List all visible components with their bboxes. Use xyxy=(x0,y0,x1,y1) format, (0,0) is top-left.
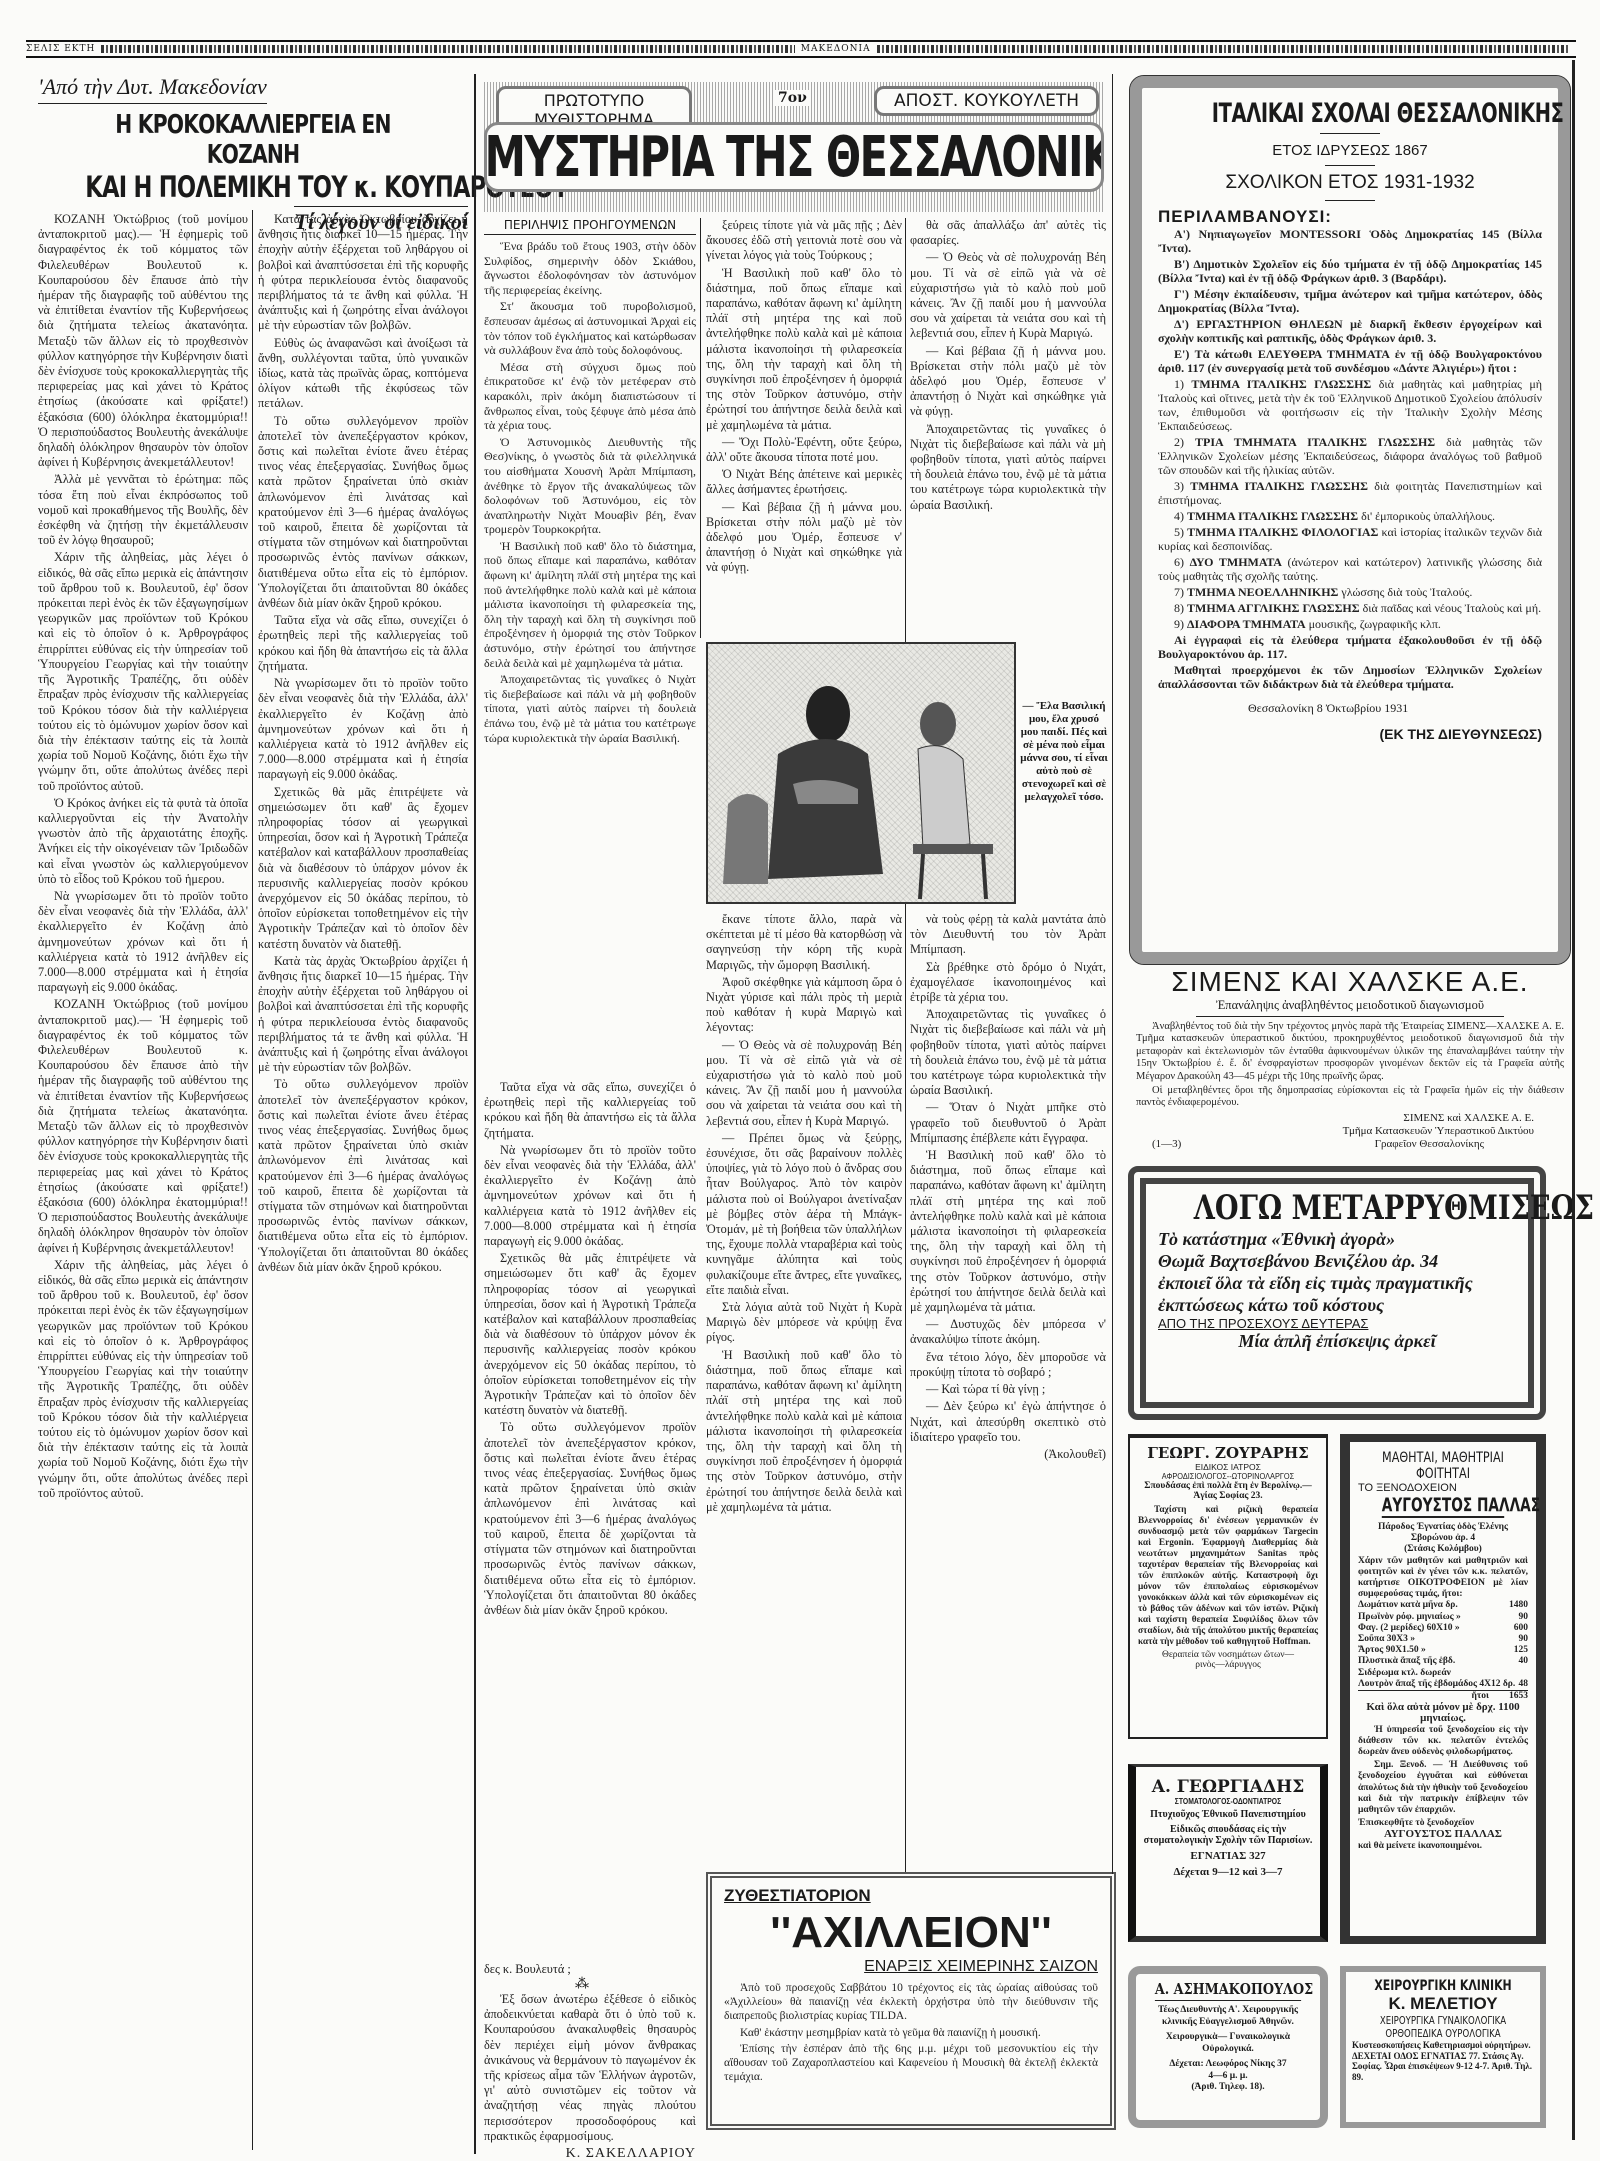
ad-line: Χειρουργικὰ— Γυναικολογικὰ Οὐρολογικά. xyxy=(1142,2032,1314,2055)
novel-paragraph: — Ὁ Θεὸς νὰ σὲ πολυχρονάῃ Βέη μου. Τί νὰ… xyxy=(910,250,1106,341)
hotel-offer: Καὶ ὅλα αὐτὰ μόνον μὲ δρχ. 1100 μηνιαίως… xyxy=(1358,1702,1528,1724)
novel-paragraph: Ὁ Νιχὰτ Βέης ἀπέτεινε καὶ μερικὲς ἄλλες … xyxy=(706,467,902,497)
article-paragraph: Χάριν τῆς ἀληθείας, μὰς λέγει ὁ εἰδικός,… xyxy=(38,550,248,793)
ad-head: ΜΑΘΗΤΑΙ, ΜΑΘΗΤΡΙΑΙ xyxy=(1375,1450,1511,1466)
price-amount: 1480 xyxy=(1509,1600,1528,1611)
ethniki-agora-ad: ΛΟΓΩ ΜΕΤΑΡΡΥΘΜΙΣΕΩΣ Τὸ κατάστημα «Ἐθνικὴ… xyxy=(1128,1166,1546,1420)
course-title: ΤΡΙΑ ΤΜΗΜΑΤΑ ΙΤΑΛΙΚΗΣ ΓΛΩΣΣΗΣ xyxy=(1195,435,1435,449)
price-row: Ἄρτος 90Χ1.50 »125 xyxy=(1358,1645,1528,1656)
hotel-address: Πάροδος Ἐγνατίας ὁδὸς Ἑλένης Σβορώνου ἀρ… xyxy=(1358,1522,1528,1544)
ad-restaurant-name: ''ΑΧΙΛΛΕΙΟΝ'' xyxy=(724,1908,1098,1958)
left-article-col1: ΚΟΖΑΝΗ Ὀκτώβριος (τοῦ μονίμου ἀνταποκριτ… xyxy=(38,212,248,2152)
clinic-spec: ΧΕΙΡΟΥΡΓΙΚΑ ΓΥΝΑΙΚΟΛΟΓΙΚΑ xyxy=(1372,2014,1514,2027)
price-amount: 48 xyxy=(1519,1679,1529,1690)
novel-col2: ξεύρεις τίποτε γιὰ νὰ μᾶς πῇς ; Δὲν ἄκου… xyxy=(706,218,902,638)
novel-paragraph: — Δυστυχῶς δὲν μπόρεσα ν' ἀνακαλύψω τίπο… xyxy=(910,1317,1106,1347)
course-number: 1) xyxy=(1174,377,1184,391)
price-row: Πλυστικὰ ἅπαξ τῆς ἑβδ.40 xyxy=(1358,1656,1528,1667)
to-be-continued: (Ἀκολουθεῖ) xyxy=(910,1447,1106,1462)
novel-paragraph: — Ὄχι Πολὺ-Ἐφέντη, οὔτε ξεύρω, ἀλλ' οὔτε… xyxy=(706,435,902,465)
price-row: Σιδέρωμα κτλ. δωρεάν xyxy=(1358,1668,1528,1679)
article-paragraph: ΚΟΖΑΝΗ Ὀκτώβριος (τοῦ μονίμου ἀνταποκριτ… xyxy=(38,997,248,1255)
hotel-note: Σημ. Ξενοδ. — Ἡ Διεύθυνσις τοῦ ξενοδοχεί… xyxy=(1358,1760,1528,1816)
course-number: 3) xyxy=(1174,479,1184,493)
ad-line: ἐκποιεῖ ὅλα τὰ εἴδη εἰς τιμὰς πραγματικῆ… xyxy=(1158,1272,1516,1316)
article-paragraph: Ὁ Κρόκος ἀνήκει εἰς τὰ φυτὰ τὰ ὁποῖα καλ… xyxy=(38,796,248,887)
ad-hours: Δέχεται 9—12 καὶ 3—7 xyxy=(1142,1866,1314,1878)
course-number: 5) xyxy=(1174,525,1184,539)
ad-head: ΤΟ ΞΕΝΟΔΟΧΕΙΟΝ xyxy=(1358,1482,1528,1494)
article-continuation: Ταῦτα εἴχα νὰ σᾶς εἴπω, συνεχίζει ὁ ἐρωτ… xyxy=(484,1080,696,1960)
doctor-role: ΕΙΔΙΚΟΣ ΙΑΤΡΟΣ xyxy=(1138,1462,1318,1472)
doctor-name: Α. ΓΕΩΡΓΙΑΔΗΣ xyxy=(1142,1777,1314,1797)
summary-heading: ΠΕΡΙΛΗΨΙΣ ΠΡΟΗΓΟΥΜΕΝΩΝ xyxy=(484,218,696,235)
hotel-stop: (Στάσις Κολόμβου) xyxy=(1358,1544,1528,1555)
hotel-visit-name: ΑΥΓΟΥΣΤΟΣ ΠΑΛΛΑΣ xyxy=(1358,1829,1528,1840)
novel-paragraph: Στὰ λόγια αὐτὰ τοῦ Νιχὰτ ἡ Κυρὰ Μαριγὼ δ… xyxy=(706,1300,902,1346)
course-item: 8) ΤΜΗΜΑ ΑΓΓΛΙΚΗΣ ΓΛΩΣΣΗΣ διὰ παῖδας καὶ… xyxy=(1158,601,1542,615)
price-row: Δωμάτιον κατὰ μῆνα δρ.1480 xyxy=(1358,1600,1528,1611)
novel-paragraph: ἕνα τέτοιο λόγο, δὲν μποροῦσε νὰ προκύψῃ… xyxy=(910,1350,1106,1380)
siemens-ad: ΣΙΜΕΝΣ ΚΑΙ ΧΑΛΣΚΕ Α.Ε. Ἐπανάληψις ἀναβλη… xyxy=(1130,966,1570,1116)
novel-paragraph: Ἀποχαιρετῶντας τὶς γυναῖκες ὁ Νιχὰτ τὶς … xyxy=(910,422,1106,513)
summary-paragraph: Στ' ἄκουσμα τοῦ πυροβολισμοῦ, ἔσπευσαν ἀ… xyxy=(484,299,696,357)
article-headline-line2: ΚΑΙ Η ΠΟΛΕΜΙΚΗ ΤΟΥ κ. ΚΟΥΠΑΡΟΥΣΟΥ xyxy=(85,170,420,204)
article-conclusion: Ἐξ ὅσων ἀνωτέρω ἐξέθεσε ὁ εἰδικὸς ἀποδει… xyxy=(484,1992,696,2161)
course-number: 7) xyxy=(1174,585,1184,599)
ad-line: ΑΠΟ ΤΗΣ ΠΡΟΣΕΧΟΥΣ ΔΕΥΤΕΡΑΣ xyxy=(1158,1316,1516,1331)
novel-paragraph: νὰ τοὺς φέρῃ τὰ καλὰ μαντάτα ἀπὸ τὸν Διε… xyxy=(910,912,1106,958)
novel-author: ΑΠΟΣΤ. ΚΟΥΚΟΥΛΕΤΗ xyxy=(874,86,1099,116)
course-item: 3) ΤΜΗΜΑ ΙΤΑΛΙΚΗΣ ΓΛΩΣΣΗΣ διὰ φοιτητὰς Π… xyxy=(1158,479,1542,507)
doctor-studied: Σπουδάσας ἐπὶ πολλὰ ἔτη ἐν Βερολίνῳ.—Ἁγί… xyxy=(1138,1481,1318,1501)
school-item: Ε') Τὰ κάτωθι ΕΛΕΥΘΕΡΑ ΤΜΗΜΑΤΑ ἐν τῇ ὁδῷ… xyxy=(1158,347,1542,375)
novel-col-lower-right: νὰ τοὺς φέρῃ τὰ καλὰ μαντάτα ἀπὸ τὸν Διε… xyxy=(910,912,1106,1872)
ad-sign: ΣΙΜΕΝΣ καὶ ΧΑΛΣΚΕ Α. Ε. xyxy=(1136,1112,1534,1125)
summary-paragraph: Ἕνα βράδυ τοῦ ἔτους 1903, στὴν ὁδὸν Συλφ… xyxy=(484,239,696,297)
ad-run: (1—3) xyxy=(1152,1138,1181,1150)
article-paragraph: Ταῦτα εἴχα νὰ σᾶς εἴπω, συνεχίζει ὁ ἐρωτ… xyxy=(258,613,468,674)
hotel-service: Ἡ ὑπηρεσία τοῦ ξενοδοχείου εἰς τὴν διάθε… xyxy=(1358,1725,1528,1759)
ad-body: Ἀπὸ τοῦ προσεχοῦς Σαββάτου 10 τρέχοντος … xyxy=(724,1982,1098,2023)
ad-signed: (ΕΚ ΤΗΣ ΔΙΕΥΘΥΝΣΕΩΣ) xyxy=(1158,726,1542,742)
novel-paragraph: Ἀποχαιρετῶντας τὶς γυναῖκες ὁ Νιχὰτ τὶς … xyxy=(910,1007,1106,1098)
left-article-col2: Κατὰ τὰς ἀρχὰς Ὀκτωβρίου ἀρχίζει ἡ ἄνθησ… xyxy=(258,212,468,1952)
ad-title: ΙΤΑΛΙΚΑΙ ΣΧΟΛΑΙ ΘΕΣΣΑΛΟΝΙΚΗΣ xyxy=(1212,98,1488,129)
price-item: Φαγ. (2 μερίδες) 60Χ10 » xyxy=(1358,1623,1460,1634)
ad-season: ΕΝΑΡΞΙΣ ΧΕΙΜΕΡΙΝΗΣ ΣΑΙΖΟΝ xyxy=(724,1958,1098,1976)
article-headline-line1: Η ΚΡΟΚΟΚΑΛΛΙΕΡΓΕΙΑ ΕΝ ΚΟΖΑΝΗ xyxy=(85,110,420,170)
novel-col1: ΠΕΡΙΛΗΨΙΣ ΠΡΟΗΓΟΥΜΕΝΩΝ Ἕνα βράδυ τοῦ ἔτο… xyxy=(484,218,696,747)
hotel-intro: Χάριν τῶν μαθητῶν καὶ μαθητριῶν καὶ φοιτ… xyxy=(1358,1556,1528,1601)
price-amount: 90 xyxy=(1519,1634,1529,1645)
ad-line: (Ἀριθ. Τηλεφ. 18). xyxy=(1142,2082,1314,2094)
novel-paragraph: — Καὶ βέβαια ζῇ ἡ μάννα μου. Βρίσκεται σ… xyxy=(706,500,902,576)
article-paragraph: Ἀλλὰ μὲ γεννᾶται τὸ ἐρώτημα: πῶς τόσα ἔτ… xyxy=(38,472,248,548)
hotel-pallas-ad: ΜΑΘΗΤΑΙ, ΜΑΘΗΤΡΙΑΙ ΦΟΙΤΗΤΑΙ ΤΟ ΞΕΝΟΔΟΧΕΙ… xyxy=(1340,1434,1546,1944)
price-item: Λουτρὸν ἅπαξ τῆς ἑβδομάδος 4Χ12 δρ. xyxy=(1358,1679,1515,1690)
ad-head: ΦΟΙΤΗΤΑΙ xyxy=(1375,1466,1511,1482)
school-item: Β') Δημοτικὸν Σχολεῖον εἰς δύο τμήματα ἐ… xyxy=(1158,257,1542,285)
course-item: 4) ΤΜΗΜΑ ΙΤΑΛΙΚΗΣ ΓΛΩΣΣΗΣ δι' ἐμπορικοὺς… xyxy=(1158,509,1542,523)
achilleion-ad: ΖΥΘΕΣΤΙΑΤΟΡΙΟΝ ''ΑΧΙΛΛΕΙΟΝ'' ΕΝΑΡΞΙΣ ΧΕΙ… xyxy=(706,1872,1116,2130)
course-item: 6) ΔΥΟ ΤΜΗΜΑΤΑ (ἀνώτερον καὶ κατώτερον) … xyxy=(1158,555,1542,583)
asimakopoulos-ad: Α. ΑΣΗΜΑΚΟΠΟΥΛΟΣ Τέως Διευθυντὴς Α'. Χει… xyxy=(1128,1966,1328,2128)
novel-paragraph: Ἡ Βασιλικὴ ποῦ καθ' ὅλο τὸ διάστημα, ποῦ… xyxy=(706,266,902,433)
column-rule xyxy=(1112,74,1113,1874)
article-paragraph: Τὸ οὕτω συλλεγόμενον προϊὸν ἀποτελεῖ τὸν… xyxy=(484,1420,696,1618)
price-amount: 600 xyxy=(1514,1623,1528,1634)
school-item: Γ') Μέσην ἐκπαίδευσιν, τμῆμα ἀνώτερον κα… xyxy=(1158,287,1542,315)
doctor-specialty: ΑΦΡΟΔΙΣΙΟΛΟΓΟΣ--ΩΤΟΡΙΝΟΛΑΡΓΟΣ xyxy=(1145,1472,1311,1481)
price-amount: 125 xyxy=(1514,1645,1528,1656)
article-signature: Κ. ΣΑΚΕΛΛΑΡΙΟΥ xyxy=(484,2146,696,2161)
fee-note: Μαθηταὶ προερχόμενοι ἐκ τῶν Δημοσίων Ἑλλ… xyxy=(1158,663,1542,691)
ad-line: Θωμᾶ Βαχτσεβάνου Βενιζέλου ἀρ. 34 xyxy=(1158,1250,1516,1272)
article-paragraph: Νὰ γνωρίσωμεν ὅτι τὸ προϊὸν τοῦτο δὲν εἶ… xyxy=(484,1143,696,1249)
school-item: Α') Νηπιαγωγεῖον MONTESSORI Ὁδὸς Δημοκρα… xyxy=(1158,227,1542,255)
ad-line: Τὸ κατάστημα «Ἐθνικὴ ἀγορὰ» xyxy=(1158,1228,1516,1250)
novel-paragraph: — Καὶ βέβαια ζῇ ἡ μάννα μου. Βρίσκεται σ… xyxy=(910,344,1106,420)
course-item: 9) ΔΙΑΦΟΡΑ ΤΜΗΜΑΤΑ μουσικῆς, ζωγραφικῆς … xyxy=(1158,617,1542,631)
ad-address: ΕΓΝΑΤΙΑΣ 327 xyxy=(1142,1850,1314,1862)
ad-body: Ἐπίσης τὴν ἑσπέραν ἀπὸ τῆς 6ης μ.μ. μέχρ… xyxy=(724,2043,1098,2084)
novel-header: ΠΡΩΤΟΤΥΠΟ ΜΥΘΙΣΤΟΡΗΜΑ 7ον ΑΠΟΣΤ. ΚΟΥΚΟΥΛ… xyxy=(484,82,1104,212)
ad-line: Πτυχιοῦχος Ἐθνικοῦ Πανεπιστημίου xyxy=(1142,1809,1314,1820)
ad-title: ΛΟΓΩ ΜΕΤΑΡΡΥΘΜΙΣΕΩΣ xyxy=(1194,1188,1480,1228)
enrollment-note: Αἱ ἐγγραφαὶ εἰς τὰ ἐλεύθερα τμήματα ἐξακ… xyxy=(1158,633,1542,661)
ad-sign: Τμῆμα Κατασκευῶν Ὑπεραστικοῦ Δικτύου xyxy=(1136,1125,1534,1138)
novel-paragraph: ξεύρεις τίποτε γιὰ νὰ μᾶς πῇς ; Δὲν ἄκου… xyxy=(706,218,902,264)
novel-paragraph: — Δὲν ξεύρω κι' ἐγὼ ἀπήντησε ὁ Νιχάτ, κα… xyxy=(910,1399,1106,1445)
novel-paragraph: — Ὁ Θεὸς νὰ σὲ πολυχρονάῃ Βέη μου. Τί νὰ… xyxy=(706,1038,902,1129)
article-paragraph: Νὰ γνωρίσωμεν ὅτι τὸ προϊὸν τοῦτο δὲν εἶ… xyxy=(38,889,248,995)
ad-sign: Γραφεῖον Θεσσαλονίκης xyxy=(1375,1138,1484,1150)
paper-name: ΜΑΚΕΔΟΝΙΑ xyxy=(801,44,871,54)
decorative-border xyxy=(101,45,794,53)
ad-footer: Θεραπεία τῶν νοσημάτων ὤτων—ρινὸς—λάρυγγ… xyxy=(1158,1650,1298,1670)
course-detail: μουσικῆς, ζωγραφικῆς κλπ. xyxy=(1309,617,1441,631)
column-rule xyxy=(700,218,701,638)
course-item: 5) ΤΜΗΜΑ ΙΤΑΛΙΚΗΣ ΦΙΛΟΛΟΓΙΑΣ καὶ ἱστορία… xyxy=(1158,525,1542,553)
course-number: 6) xyxy=(1174,555,1184,569)
novel-paragraph: — Καὶ τώρα τί θὰ γίνῃ ; xyxy=(910,1382,1106,1397)
novel-paragraph: Ἀποχαιρετῶντας τὶς γυναῖκες ὁ Νιχὰτ τὶς … xyxy=(484,672,696,745)
course-title: ΤΜΗΜΑ ΙΤΑΛΙΚΗΣ ΓΛΩΣΣΗΣ xyxy=(1190,479,1368,493)
course-detail: γλώσσης διὰ τοὺς Ἰταλούς. xyxy=(1341,585,1472,599)
novel-paragraph: ἔκανε τίποτε ἄλλο, παρὰ νὰ σκέπτεται μὲ … xyxy=(706,912,902,973)
ad-body: Ἀναβληθέντος τοῦ διὰ τὴν 5ην τρέχοντος μ… xyxy=(1136,1021,1564,1083)
section-break: ⁂ xyxy=(575,1976,589,1992)
ad-subtitle: Ἐπανάληψις ἀναβληθέντος μειοδοτικοῦ διαγ… xyxy=(1196,998,1504,1017)
price-amount: 40 xyxy=(1519,1656,1529,1667)
doctor-name: Κ. ΜΕΛΕΤΙΟΥ xyxy=(1352,1994,1534,2014)
article-paragraph: Νὰ γνωρίσωμεν ὅτι τὸ προϊὸν τοῦτο δὲν εἶ… xyxy=(258,676,468,782)
course-title: ΤΜΗΜΑ ΝΕΟΕΛΛΗΝΙΚΗΣ xyxy=(1187,585,1338,599)
summary-paragraph: Μέσα στὴ σύγχυσι ὅμως ποὺ ἐπικρατοῦσε κι… xyxy=(484,360,696,433)
hotel-name: ΑΥΓΟΥΣΤΟΣ ΠΑΛΛΑΣ xyxy=(1382,1494,1504,1518)
course-number: 4) xyxy=(1174,509,1184,523)
price-item: Δωμάτιον κατὰ μῆνα δρ. xyxy=(1358,1600,1458,1611)
course-detail: διὰ παῖδας καὶ νέους Ἰταλοὺς καὶ μή. xyxy=(1363,601,1541,615)
article-paragraph: Τὸ οὕτω συλλεγόμενον προϊὸν ἀποτελεῖ τὸν… xyxy=(258,414,468,612)
ad-body: Οἱ μεταβληθέντες ὅροι τῆς δημοπρασίας εὑ… xyxy=(1136,1085,1564,1110)
price-item: Πρωϊνὸν ρόφ. μηνιαίως » xyxy=(1358,1612,1461,1623)
novel-paragraph: Ἡ Βασιλικὴ ποῦ καθ' ὅλο τὸ διάστημα, ποῦ… xyxy=(706,1348,902,1515)
article-paragraph: Τὸ οὕτω συλλεγόμενον προϊὸν ἀποτελεῖ τὸν… xyxy=(258,1077,468,1275)
article-paragraph: Ταῦτα εἴχα νὰ σᾶς εἴπω, συνεχίζει ὁ ἐρωτ… xyxy=(484,1080,696,1141)
column-rule xyxy=(905,218,906,1878)
article-paragraph: Κατὰ τὰς ἀρχὰς Ὀκτωβρίου ἀρχίζει ἡ ἄνθησ… xyxy=(258,954,468,1076)
illustration-caption: — Ἔλα Βασιλική μου, ἔλα χρυσό μου παιδί.… xyxy=(1020,700,1108,804)
ad-line: ΔΕΧΕΤΑΙ ΟΔΟΣ ΕΓΝΑΤΙΑΣ 77. Στάσις Ἁγ. Σοφ… xyxy=(1352,2051,1534,2083)
page-label: ΣΕΛΙΣ ΕΚΤΗ xyxy=(26,44,95,54)
zouraris-ad: ΓΕΩΡΓ. ΖΟΥΡΑΡΗΣ ΕΙΔΙΚΟΣ ΙΑΤΡΟΣ ΑΦΡΟΔΙΣΙΟ… xyxy=(1128,1434,1328,1739)
article-paragraph: Σχετικῶς θὰ μᾶς ἐπιτρέψετε νὰ σημειώσωμε… xyxy=(484,1251,696,1418)
price-amount: 90 xyxy=(1519,1612,1529,1623)
ad-date: Θεσσαλονίκη 8 Ὀκτωβρίου 1931 xyxy=(1248,701,1542,716)
article-paragraph: Ἐξ ὅσων ἀνωτέρω ἐξέθεσε ὁ εἰδικὸς ἀποδει… xyxy=(484,1992,696,2144)
course-title: ΤΜΗΜΑ ΙΤΑΛΙΚΗΣ ΓΛΩΣΣΗΣ xyxy=(1191,377,1371,391)
georgiadis-ad: Α. ΓΕΩΡΓΙΑΔΗΣ ΣΤΟΜΑΤΟΛΟΓΟΣ-ΟΔΟΝΤΙΑΤΡΟΣ Π… xyxy=(1128,1764,1328,1942)
column-rule xyxy=(474,74,476,2154)
ad-body: Ταχίστη καὶ ριζικὴ θεραπεία Βλεννορροίας… xyxy=(1138,1505,1318,1648)
italian-schools-ad: ΙΤΑΛΙΚΑΙ ΣΧΟΛΑΙ ΘΕΣΣΑΛΟΝΙΚΗΣ ΕΤΟΣ ΙΔΡΥΣΕ… xyxy=(1130,76,1570,964)
ad-line: Δέχεται: Λεωφόρος Νίκης 37 xyxy=(1142,2059,1314,2071)
hotel-visit-end: καὶ θὰ μείνετε ἱκανοποιημένοι. xyxy=(1358,1841,1528,1852)
course-item: 1) ΤΜΗΜΑ ΙΤΑΛΙΚΗΣ ΓΛΩΣΣΗΣ διὰ μαθητὰς κα… xyxy=(1158,377,1542,433)
doctor-role: ΣΤΟΜΑΤΟΛΟΓΟΣ-ΟΔΟΝΤΙΑΤΡΟΣ xyxy=(1155,1797,1301,1806)
price-item: Πλυστικὰ ἅπαξ τῆς ἑβδ. xyxy=(1358,1656,1455,1667)
clinic-head: ΧΕΙΡΟΥΡΓΙΚΗ ΚΛΙΝΙΚΗ xyxy=(1372,1978,1514,1994)
price-item: Σιδέρωμα κτλ. δωρεάν xyxy=(1358,1668,1451,1679)
episode-number: 7ον xyxy=(774,90,811,106)
novel-paragraph: θὰ σᾶς ἀπαλλάξω ἀπ' αὐτὲς τὶς φασαρίες. xyxy=(910,218,1106,248)
course-title: ΤΜΗΜΑ ΑΓΓΛΙΚΗΣ ΓΛΩΣΣΗΣ xyxy=(1187,601,1360,615)
price-item: Σοῦπα 30Χ3 » xyxy=(1358,1634,1415,1645)
course-item: 7) ΤΜΗΜΑ ΝΕΟΕΛΛΗΝΙΚΗΣ γλώσσης διὰ τοὺς Ἰ… xyxy=(1158,585,1542,599)
course-number: 2) xyxy=(1174,435,1184,449)
meletiou-ad: ΧΕΙΡΟΥΡΓΙΚΗ ΚΛΙΝΙΚΗ Κ. ΜΕΛΕΤΙΟΥ ΧΕΙΡΟΥΡΓ… xyxy=(1340,1966,1546,2128)
novel-col-lower-left: ἔκανε τίποτε ἄλλο, παρὰ νὰ σκέπτεται μὲ … xyxy=(706,912,902,1862)
price-row: Φαγ. (2 μερίδες) 60Χ10 »600 xyxy=(1358,1623,1528,1634)
novel-col3: θὰ σᾶς ἀπαλλάξω ἀπ' αὐτὲς τὶς φασαρίες. … xyxy=(910,218,1106,638)
article-paragraph: Εὐθὺς ὡς ἀναφανῶσι καὶ ἀνοίξωσι τὰ ἄνθη,… xyxy=(258,336,468,412)
ad-title: ΣΙΜΕΝΣ ΚΑΙ ΧΑΛΣΚΕ Α.Ε. xyxy=(1136,966,1564,998)
novel-paragraph: Ἀφοῦ σκέφθηκε γιὰ κάμποση ὥρα ὁ Νιχὰτ γύ… xyxy=(706,975,902,1036)
course-number: 8) xyxy=(1174,601,1184,615)
includes-heading: ΠΕΡΙΛΑΜΒΑΝΟΥΣΙ: xyxy=(1158,207,1542,227)
course-title: ΔΙΑΦΟΡΑ ΤΜΗΜΑΤΑ xyxy=(1187,617,1306,631)
course-title: ΤΜΗΜΑ ΙΤΑΛΙΚΗΣ ΓΛΩΣΣΗΣ xyxy=(1187,509,1358,523)
ad-line: Εἰδικῶς σπουδάσας εἰς τὴν στοματολογικὴν… xyxy=(1142,1824,1314,1846)
ad-line: Μία ἁπλῆ ἐπίσκεψις ἀρκεῖ xyxy=(1158,1331,1516,1352)
novel-paragraph: Ἡ Βασιλικὴ ποῦ καθ' ὅλο τὸ διάστημα, ποῦ… xyxy=(484,539,696,670)
article-paragraph: ΚΟΖΑΝΗ Ὀκτώβριος (τοῦ μονίμου ἀνταποκριτ… xyxy=(38,212,248,470)
article-kicker: 'Από τὴν Δυτ. Μακεδονίαν xyxy=(38,74,267,104)
novel-illustration xyxy=(706,642,1016,904)
novel-paragraph: — Ὅταν ὁ Νιχὰτ μπῆκε στὸ γραφεῖο τοῦ διε… xyxy=(910,1100,1106,1146)
ad-body: Καθ' ἑκάστην μεσημβρίαν κατὰ τὸ γεῦμα θὰ… xyxy=(724,2027,1098,2041)
article-paragraph: Χάριν τῆς ἀληθείας, μὰς λέγει ὁ εἰδικός,… xyxy=(38,1258,248,1501)
ad-line: Κυστεοσκοπήσεις Καθετηριασμοὶ οὐρητήρων. xyxy=(1352,2040,1534,2051)
doctor-name: Α. ΑΣΗΜΑΚΟΠΟΥΛΟΣ xyxy=(1155,1980,1301,2001)
novel-paragraph: — Πρέπει ὅμως νὰ ξεύρῃς, ἐσυνέχισε, ὅτι … xyxy=(706,1131,902,1298)
school-item: Δ') ΕΡΓΑΣΤΗΡΙΟΝ ΘΗΛΕΩΝ μὲ διαρκῆ ἔκθεσιν… xyxy=(1158,317,1542,345)
course-title: ΤΜΗΜΑ ΙΤΑΛΙΚΗΣ ΦΙΛΟΛΟΓΙΑΣ xyxy=(1187,525,1378,539)
doctor-name: ΓΕΩΡΓ. ΖΟΥΡΑΡΗΣ xyxy=(1138,1444,1318,1462)
ad-line: 4—6 μ. μ. xyxy=(1142,2071,1314,2083)
course-detail: δι' ἐμπορικοὺς ὑπαλλήλους. xyxy=(1361,509,1495,523)
course-item: 2) ΤΡΙΑ ΤΜΗΜΑΤΑ ΙΤΑΛΙΚΗΣ ΓΛΩΣΣΗΣ διὰ μαθ… xyxy=(1158,435,1542,477)
price-row: Λουτρὸν ἅπαξ τῆς ἑβδομάδος 4Χ12 δρ.48 xyxy=(1358,1679,1528,1691)
novel-paragraph: Σὰ βρέθηκε στὸ δρόμο ὁ Νιχάτ, ἐχαμογέλασ… xyxy=(910,960,1106,1006)
clinic-spec: ΟΡΘΟΠΕΔΙΚΑ ΟΥΡΟΛΟΓΙΚΑ xyxy=(1372,2027,1514,2040)
left-article: 'Από τὴν Δυτ. Μακεδονίαν Η ΚΡΟΚΟΚΑΛΛΙΕΡΓ… xyxy=(38,74,468,235)
two-women-sketch-icon xyxy=(708,644,1016,904)
column-rule xyxy=(252,210,253,2150)
page-edge xyxy=(1572,60,1575,2140)
decorative-border xyxy=(877,45,1570,53)
school-year: ΣΧΟΛΙΚΟΝ ΕΤΟΣ 1931-1932 xyxy=(1158,172,1542,194)
price-item: Ἄρτος 90Χ1.50 » xyxy=(1358,1645,1426,1656)
article-paragraph: Κατὰ τὰς ἀρχὰς Ὀκτωβρίου ἀρχίζει ἡ ἄνθησ… xyxy=(258,212,468,334)
novel-title: ΤΑ ΜΥΣΤΗΡΙΑ ΤΗΣ ΘΕΣΣΑΛΟΝΙΚΗΣ xyxy=(484,125,1104,190)
ad-kind: ΖΥΘΕΣΤΙΑΤΟΡΙΟΝ xyxy=(724,1886,1098,1906)
closing-question: δες κ. Βουλευτά ; xyxy=(484,1962,571,1977)
page-masthead: ΣΕΛΙΣ ΕΚΤΗ ΜΑΚΕΔΟΝΙΑ xyxy=(26,40,1576,58)
course-title: ΔΥΟ ΤΜΗΜΑΤΑ xyxy=(1190,555,1282,569)
course-list: 1) ΤΜΗΜΑ ΙΤΑΛΙΚΗΣ ΓΛΩΣΣΗΣ διὰ μαθητὰς κα… xyxy=(1158,377,1542,691)
novel-paragraph: Ἡ Βασιλικὴ ποῦ καθ' ὅλο τὸ διάστημα, ποῦ… xyxy=(910,1148,1106,1315)
price-row: Σοῦπα 30Χ3 »90 xyxy=(1358,1634,1528,1645)
course-number: 9) xyxy=(1174,617,1184,631)
price-row: Πρωϊνὸν ρόφ. μηνιαίως »90 xyxy=(1358,1612,1528,1623)
ad-line: Τέως Διευθυντὴς Α'. Χειρουργικῆς κλινικῆ… xyxy=(1142,2005,1314,2028)
founded-year: ΕΤΟΣ ΙΔΡΥΣΕΩΣ 1867 xyxy=(1158,142,1542,159)
article-paragraph: Σχετικῶς θὰ μᾶς ἐπιτρέψετε νὰ σημειώσωμε… xyxy=(258,785,468,952)
summary-paragraph: Ὁ Ἀστυνομικὸς Διευθυντὴς τῆς Θεσ)νίκης, … xyxy=(484,435,696,537)
